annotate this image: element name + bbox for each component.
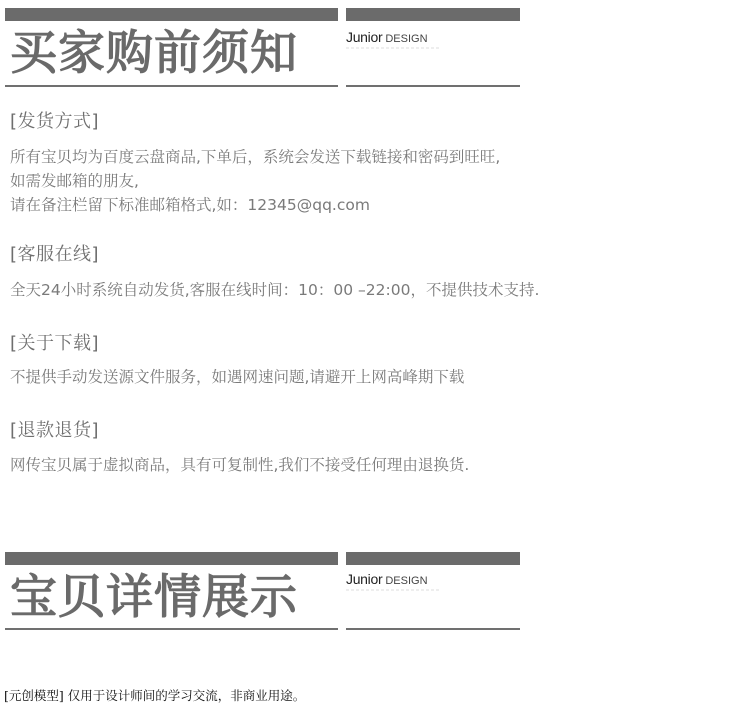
footer-disclaimer: [元创模型] 仅用于设计师间的学习交流，非商业用途。: [4, 688, 305, 704]
header-underline-left: [5, 628, 338, 630]
section-heading: [发货方式]: [10, 111, 710, 133]
banner-title: 买家购前须知: [10, 29, 298, 79]
section-body: 不提供手动发送源文件服务，如遇网速问题,请避开上网高峰期下载: [10, 365, 710, 389]
header-underline-right: [346, 85, 520, 87]
section-shipping-method: [发货方式] 所有宝贝均为百度云盘商品,下单后，系统会发送下载链接和密码到旺旺,…: [10, 111, 710, 217]
body-line: 全天24小时系统自动发货,客服在线时间：10：00 –22:00，不提供技术支持…: [10, 278, 710, 302]
section-about-download: [关于下载] 不提供手动发送源文件服务，如遇网速问题,请避开上网高峰期下载: [10, 333, 710, 389]
header-bar-left: [5, 552, 338, 565]
section-body: 网传宝贝属于虚拟商品，具有可复制性,我们不接受任何理由退换货.: [10, 453, 710, 477]
section-heading: [关于下载]: [10, 333, 710, 355]
brand-label: JuniorDESIGN: [346, 29, 428, 47]
body-line: 请在备注栏留下标准邮箱格式,如：12345@qq.com: [10, 193, 710, 217]
brand-sub: DESIGN: [385, 33, 427, 45]
header-bar-right: [346, 8, 520, 21]
brand-sub: DESIGN: [385, 575, 427, 587]
body-line: 不提供手动发送源文件服务，如遇网速问题,请避开上网高峰期下载: [10, 365, 710, 389]
section-heading: [客服在线]: [10, 244, 710, 266]
section-refund-return: [退款退货] 网传宝贝属于虚拟商品，具有可复制性,我们不接受任何理由退换货.: [10, 420, 710, 477]
body-line: 所有宝贝均为百度云盘商品,下单后，系统会发送下载链接和密码到旺旺,: [10, 145, 710, 169]
section-body: 全天24小时系统自动发货,客服在线时间：10：00 –22:00，不提供技术支持…: [10, 278, 710, 302]
brand-reflection-decoration: [346, 47, 441, 49]
section-body: 所有宝贝均为百度云盘商品,下单后，系统会发送下载链接和密码到旺旺, 如需发邮箱的…: [10, 145, 710, 217]
body-line: 如需发邮箱的朋友,: [10, 169, 710, 193]
section-customer-service: [客服在线] 全天24小时系统自动发货,客服在线时间：10：00 –22:00，…: [10, 244, 710, 302]
brand-main: Junior: [346, 571, 382, 587]
banner-product-details: 宝贝详情展示 JuniorDESIGN: [0, 544, 530, 634]
brand-main: Junior: [346, 29, 382, 45]
section-heading: [退款退货]: [10, 420, 710, 442]
header-underline-left: [5, 85, 338, 87]
header-underline-right: [346, 628, 520, 630]
header-bar-right: [346, 552, 520, 565]
brand-label: JuniorDESIGN: [346, 571, 428, 589]
banner-purchase-notice: 买家购前须知 JuniorDESIGN: [0, 0, 530, 90]
header-bar-left: [5, 8, 338, 21]
body-line: 网传宝贝属于虚拟商品，具有可复制性,我们不接受任何理由退换货.: [10, 453, 710, 477]
brand-reflection-decoration: [346, 589, 441, 591]
banner-title: 宝贝详情展示: [10, 573, 298, 623]
